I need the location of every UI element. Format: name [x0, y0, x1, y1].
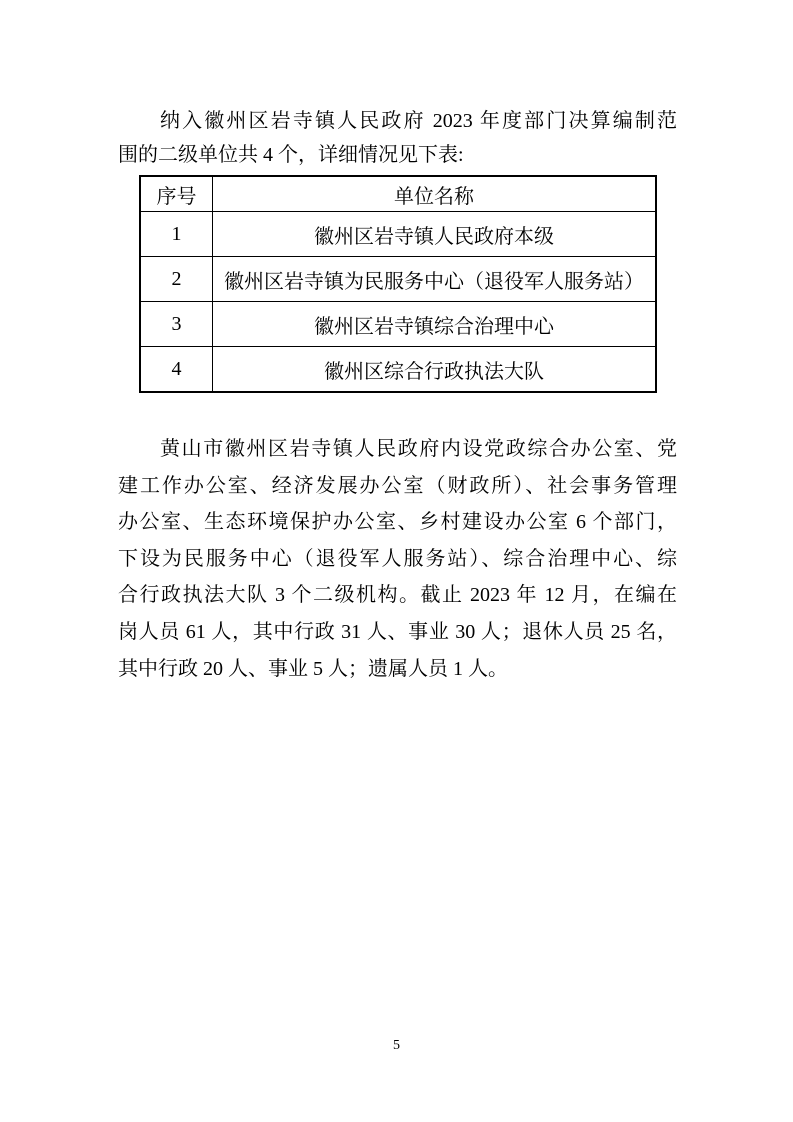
table-row: 3 徽州区岩寺镇综合治理中心: [140, 302, 656, 347]
header-cell-index: 序号: [140, 176, 213, 212]
body-paragraph-line-2: 建工作办公室、经济发展办公室（财政所）、社会事务管理: [118, 468, 677, 505]
table-header-row: 序号 单位名称: [140, 176, 656, 212]
table-body: 1 徽州区岩寺镇人民政府本级 2 徽州区岩寺镇为民服务中心（退役军人服务站） 3…: [140, 212, 656, 393]
document-page: 纳入徽州区岩寺镇人民政府 2023 年度部门决算编制范 围的二级单位共 4 个，…: [0, 0, 793, 1122]
unit-name-cell: 徽州区岩寺镇为民服务中心（退役军人服务站）: [213, 257, 657, 302]
intro-paragraph: 纳入徽州区岩寺镇人民政府 2023 年度部门决算编制范 围的二级单位共 4 个，…: [118, 104, 677, 172]
row-index-cell: 4: [140, 347, 213, 393]
body-paragraph-line-6: 岗人员 61 人，其中行政 31 人、事业 30 人；退休人员 25 名，: [118, 614, 677, 651]
unit-name-cell: 徽州区综合行政执法大队: [213, 347, 657, 393]
table-header: 序号 单位名称: [140, 176, 656, 212]
table-row: 1 徽州区岩寺镇人民政府本级: [140, 212, 656, 257]
row-index-cell: 1: [140, 212, 213, 257]
body-paragraph-line-7: 其中行政 20 人、事业 5 人；遗属人员 1 人。: [118, 651, 677, 688]
body-paragraph-line-4: 下设为民服务中心（退役军人服务站）、综合治理中心、综: [118, 541, 677, 578]
body-paragraph: 黄山市徽州区岩寺镇人民政府内设党政综合办公室、党 建工作办公室、经济发展办公室（…: [118, 431, 677, 687]
row-index-cell: 2: [140, 257, 213, 302]
intro-paragraph-line-2: 围的二级单位共 4 个，详细情况见下表:: [118, 138, 677, 172]
secondary-units-table: 序号 单位名称 1 徽州区岩寺镇人民政府本级 2 徽州区岩寺镇为民服务中心（退役…: [139, 175, 657, 393]
unit-name-cell: 徽州区岩寺镇人民政府本级: [213, 212, 657, 257]
unit-name-cell: 徽州区岩寺镇综合治理中心: [213, 302, 657, 347]
document-content: 纳入徽州区岩寺镇人民政府 2023 年度部门决算编制范 围的二级单位共 4 个，…: [118, 104, 677, 687]
page-number: 5: [0, 1038, 793, 1054]
body-paragraph-line-1: 黄山市徽州区岩寺镇人民政府内设党政综合办公室、党: [118, 431, 677, 468]
body-paragraph-line-5: 合行政执法大队 3 个二级机构。截止 2023 年 12 月，在编在: [118, 577, 677, 614]
table-row: 4 徽州区综合行政执法大队: [140, 347, 656, 393]
table-row: 2 徽州区岩寺镇为民服务中心（退役军人服务站）: [140, 257, 656, 302]
header-cell-unit-name: 单位名称: [213, 176, 657, 212]
body-paragraph-line-3: 办公室、生态环境保护办公室、乡村建设办公室 6 个部门，: [118, 504, 677, 541]
intro-paragraph-line-1: 纳入徽州区岩寺镇人民政府 2023 年度部门决算编制范: [118, 104, 677, 138]
row-index-cell: 3: [140, 302, 213, 347]
